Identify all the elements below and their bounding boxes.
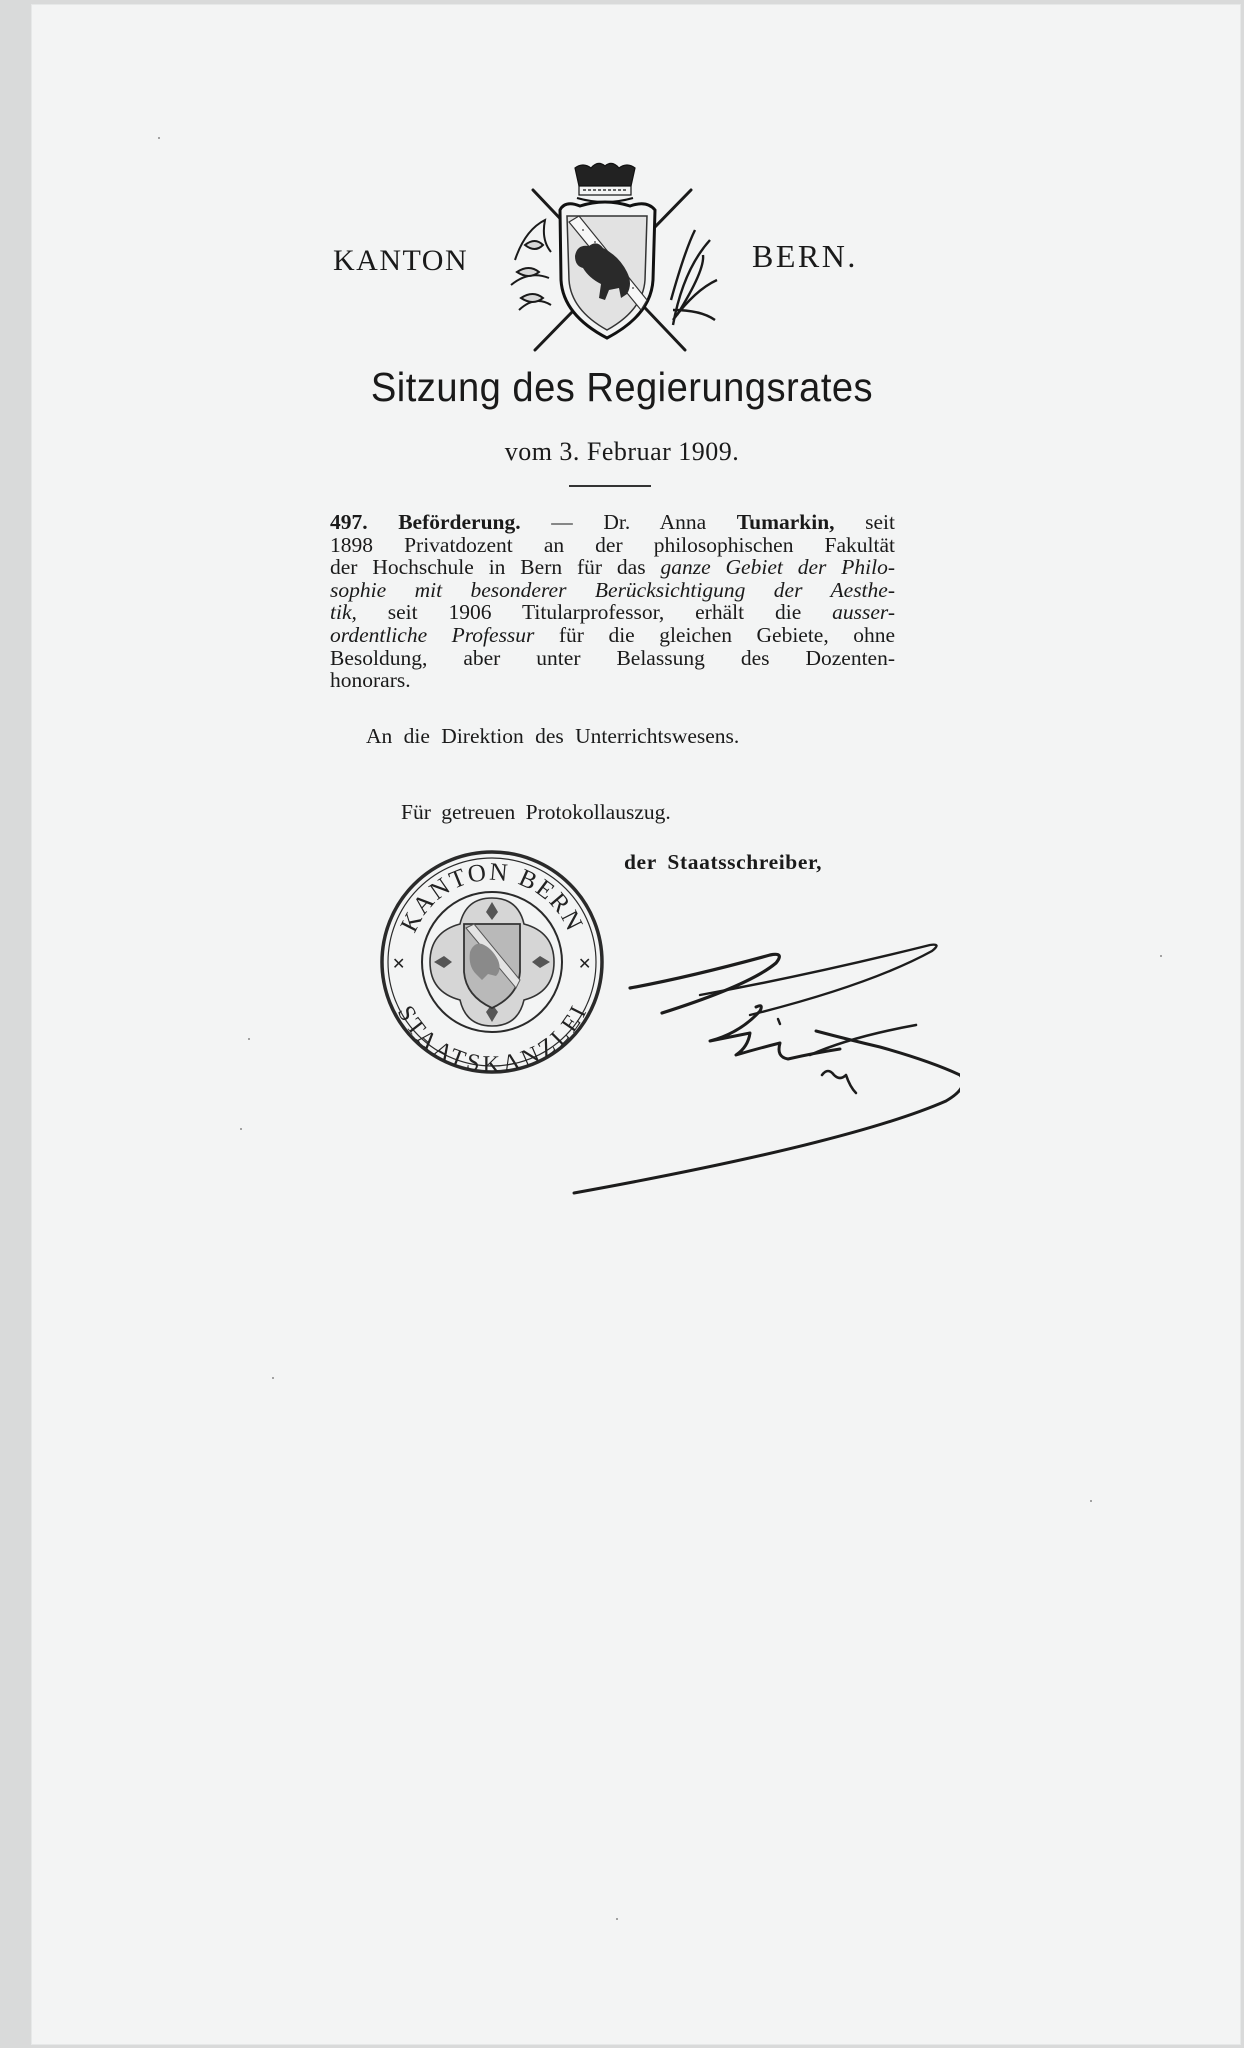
entry-line: Besoldung, aber unter Belassung des Doze… xyxy=(330,647,895,670)
paper-speck xyxy=(1090,1500,1092,1502)
resolution-entry: 497. Beförderung. — Dr. Anna Tumarkin, s… xyxy=(330,511,895,692)
signer-title: der Staatsschreiber, xyxy=(624,850,822,875)
letterhead-bern: BERN. xyxy=(752,238,858,275)
page-title: Sitzung des Regierungsrates xyxy=(44,364,1201,411)
entry-line: der Hochschule in Bern für das ganze Geb… xyxy=(330,556,895,579)
entry-line: 497. Beförderung. — Dr. Anna Tumarkin, s… xyxy=(330,511,895,534)
letterhead-kanton: KANTON xyxy=(333,244,468,278)
paper-speck xyxy=(1160,955,1162,957)
entry-line: ordentliche Professur für die gleichen G… xyxy=(330,624,895,647)
divider-rule xyxy=(569,485,651,487)
svg-text:✕: ✕ xyxy=(392,956,405,973)
meeting-date: vom 3. Februar 1909. xyxy=(0,437,1244,467)
addressee: An die Direktion des Unterrichtswesens. xyxy=(366,724,739,749)
certification-line: Für getreuen Protokollauszug. xyxy=(401,800,671,825)
bern-coat-of-arms-icon xyxy=(505,160,720,355)
entry-line: tik, seit 1906 Titularprofessor, erhält … xyxy=(330,601,895,624)
paper-speck xyxy=(158,137,160,139)
entry-line: 1898 Privatdozent an der philosophischen… xyxy=(330,534,895,557)
entry-line: honorars. xyxy=(330,669,895,692)
entry-line: sophie mit besonderer Berücksichtigung d… xyxy=(330,579,895,602)
handwritten-signature-icon xyxy=(550,925,960,1195)
paper-speck xyxy=(240,1128,242,1130)
paper-speck xyxy=(248,1038,250,1040)
paper-speck xyxy=(616,1918,618,1920)
paper-speck xyxy=(272,1377,274,1379)
